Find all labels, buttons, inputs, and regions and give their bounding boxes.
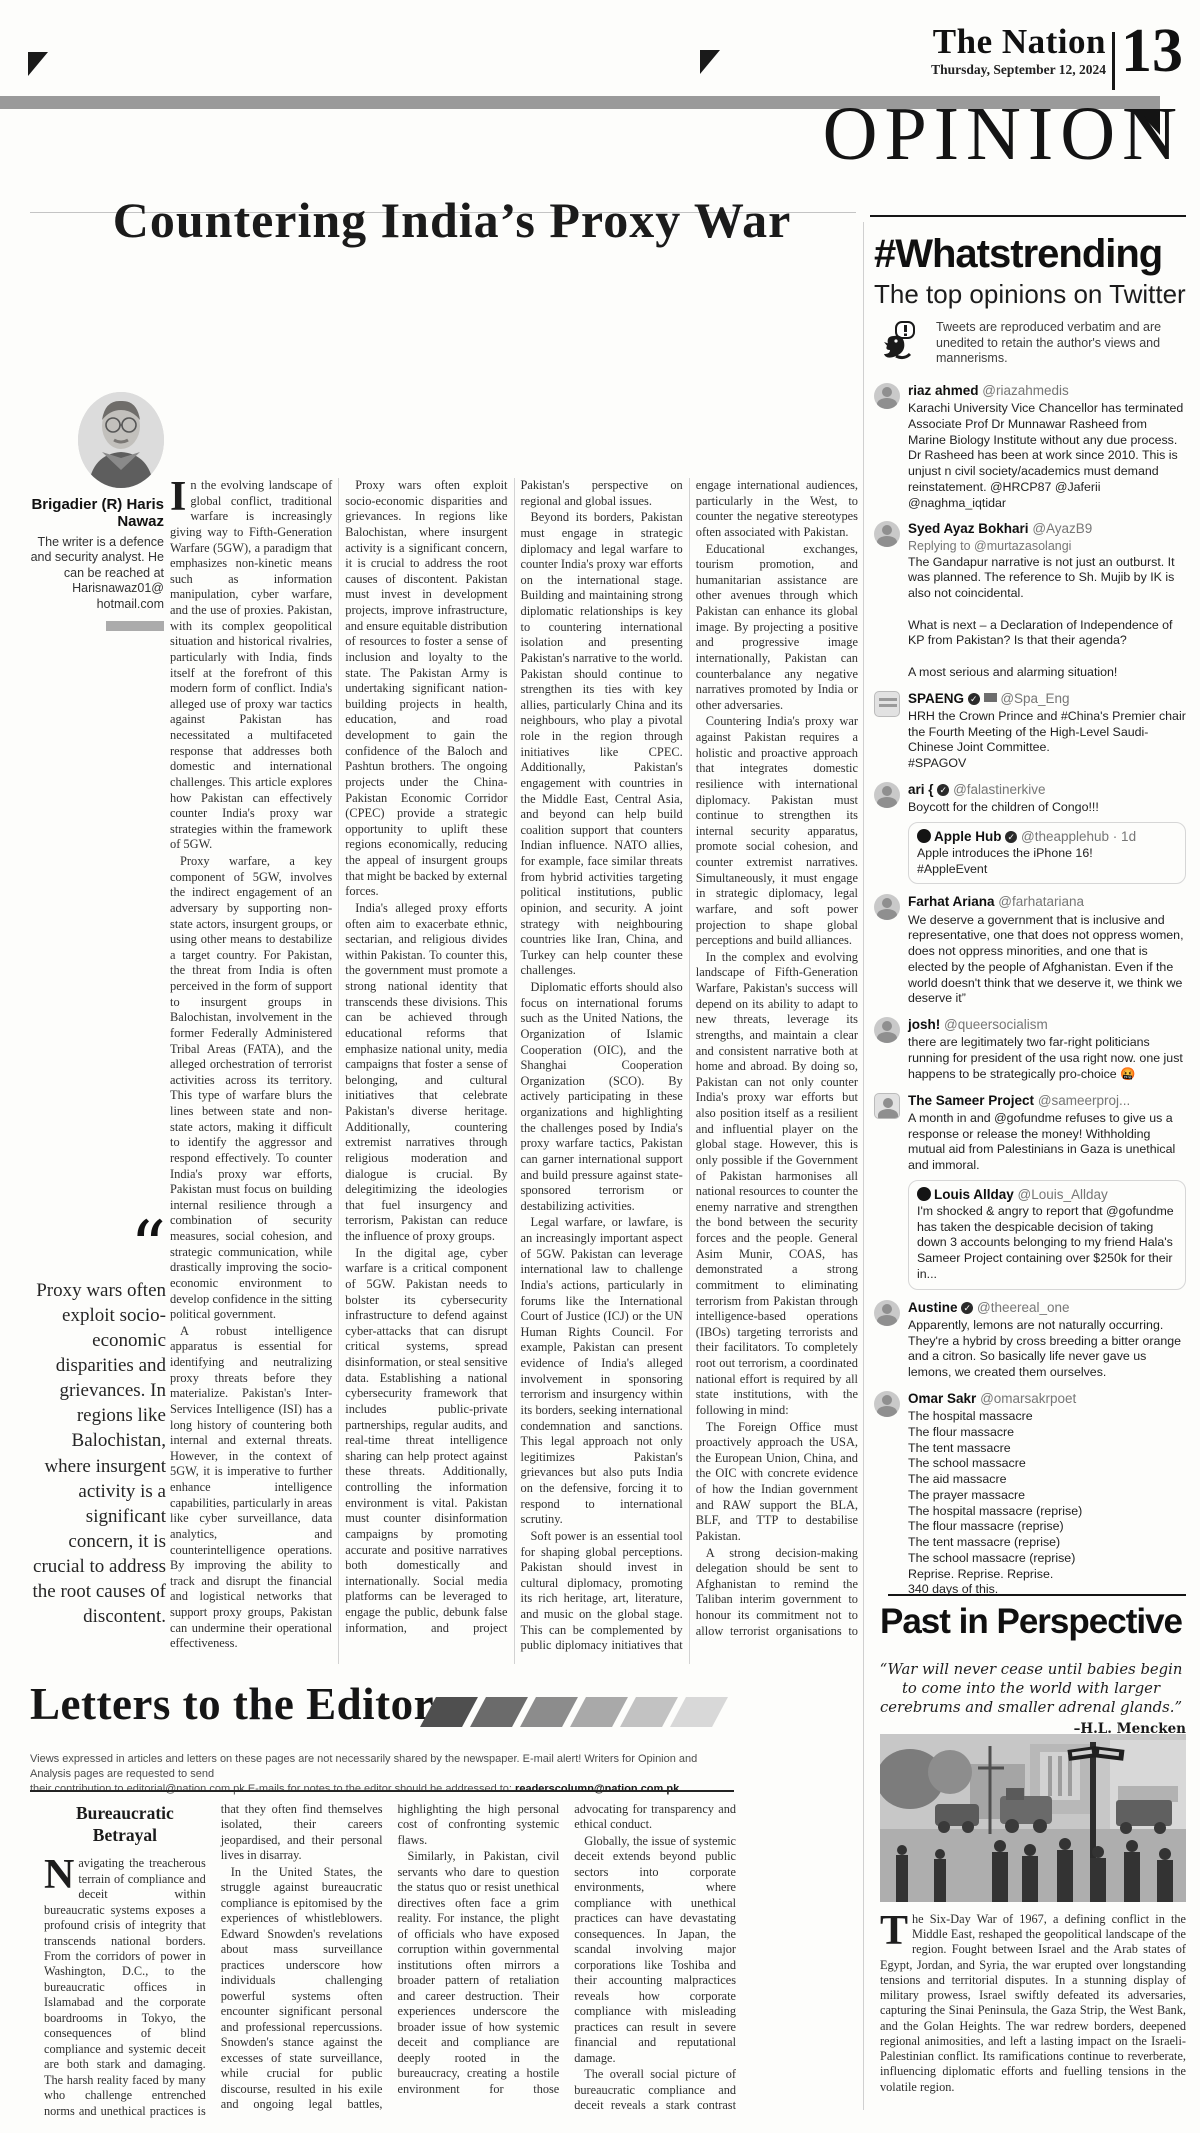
author-portrait-image xyxy=(78,392,164,488)
quote-mark-icon: “ xyxy=(26,1226,166,1268)
verified-icon: ✓ xyxy=(961,1302,973,1314)
newspaper-page: The Nation Thursday, September 12, 2024 … xyxy=(0,0,1200,2133)
tweet-text: We deserve a government that is inclusiv… xyxy=(908,913,1186,1008)
article-paragraph: Beyond its borders, Pakistan must engage… xyxy=(521,510,683,979)
tweet-handle: @Spa_Eng xyxy=(1000,691,1069,706)
past-section-rule xyxy=(888,1594,1186,1596)
tweet-text: HRH the Crown Prince and #China's Premie… xyxy=(908,709,1186,772)
past-photo xyxy=(880,1734,1186,1902)
past-section-title: Past in Perspective xyxy=(880,1602,1186,1642)
avatar xyxy=(874,894,900,920)
article-paragraph: Proxy warfare, a key component of 5GW, i… xyxy=(170,854,332,1323)
tweet-handle: @AyazB9 xyxy=(1032,521,1092,536)
tweet-text: Boycott for the children of Congo!!! xyxy=(908,800,1186,816)
tweet-text: there are legitimately two far-right pol… xyxy=(908,1035,1186,1082)
avatar xyxy=(917,1187,931,1201)
column-top-rule xyxy=(870,215,1186,217)
tweet-handle: @queersocialism xyxy=(944,1017,1048,1032)
article-paragraph: Proxy wars often exploit socio-economic … xyxy=(345,478,507,900)
fold-mark-icon xyxy=(28,52,48,76)
tweet-author: Austine xyxy=(908,1300,958,1315)
drop-cap: T xyxy=(880,1912,912,1948)
tweet-author: SPAENG xyxy=(908,691,964,706)
tweet-text: Karachi University Vice Chancellor has t… xyxy=(908,401,1186,511)
fold-mark-icon xyxy=(700,50,720,74)
tweet-handle: @farhatariana xyxy=(998,894,1084,909)
flag-icon xyxy=(984,693,997,702)
letters-heading: Letters to the Editor xyxy=(30,1682,434,1727)
whatstrending-disclaimer: Tweets are reproduced verbatim and are u… xyxy=(882,320,1186,369)
tweet-handle: @riazahmedis xyxy=(982,383,1068,398)
past-body-text: he Six-Day War of 1967, a defining confl… xyxy=(880,1912,1186,2094)
quoted-tweet: Apple Hub ✓ @theapplehub · 1d Apple intr… xyxy=(908,822,1186,885)
paper-title: The Nation xyxy=(931,24,1106,59)
tweet-handle: @sameerproj... xyxy=(1038,1093,1130,1108)
avatar xyxy=(874,521,900,547)
tweet: Farhat Ariana @farhatariana We deserve a… xyxy=(874,894,1186,1007)
page-number: 13 xyxy=(1121,14,1183,88)
article-paragraph: In the evolving landscape of global conf… xyxy=(170,478,332,853)
author-bio: The writer is a defence and security ana… xyxy=(26,535,164,613)
whatstrending-section: #Whatstrending The top opinions on Twitt… xyxy=(874,224,1186,1594)
pull-quote: “ Proxy wars often exploit socio-economi… xyxy=(26,1226,166,1629)
tweet: riaz ahmed @riazahmedis Karachi Universi… xyxy=(874,383,1186,511)
verified-icon: ✓ xyxy=(1005,831,1017,843)
article-paragraph: Countering India's proxy war against Pak… xyxy=(696,714,858,948)
verified-icon: ✓ xyxy=(937,784,949,796)
tweet-reply-context: Replying to @murtazasolangi xyxy=(908,539,1186,553)
twitter-bird-icon xyxy=(882,320,928,369)
tweet: SPAENG ✓ @Spa_Eng HRH the Crown Prince a… xyxy=(874,691,1186,772)
tweet-handle: @omarsakrpoet xyxy=(980,1391,1076,1406)
article-paragraph: Legal warfare, or lawfare, is an increas… xyxy=(521,1215,683,1528)
avatar xyxy=(917,829,931,843)
article-paragraph: The Foreign Office must proactively appr… xyxy=(696,1420,858,1545)
tweet-author: Omar Sakr xyxy=(908,1391,976,1406)
avatar xyxy=(874,1093,900,1119)
author-name: Brigadier (R) Haris Nawaz xyxy=(26,496,164,531)
tweet: Omar Sakr @omarsakrpoet The hospital mas… xyxy=(874,1391,1186,1594)
tweet-text: The hospital massacre The flour massacre… xyxy=(908,1409,1186,1594)
war-photo-image xyxy=(880,1734,1186,1902)
tweet-author: josh! xyxy=(908,1017,940,1032)
letters-decorative-bars xyxy=(428,1697,720,1727)
author-divider-bar xyxy=(106,621,164,631)
tweet-handle: @theapplehub · 1d xyxy=(1021,829,1136,844)
letter-title: Bureaucratic Betrayal xyxy=(44,1802,206,1846)
whatstrending-title: #Whatstrending xyxy=(874,232,1186,277)
tweet: The Sameer Project @sameerproj... A mont… xyxy=(874,1093,1186,1290)
tweet-handle: @theereal_one xyxy=(977,1300,1070,1315)
article-paragraph: Diplomatic efforts should also focus on … xyxy=(521,980,683,1214)
verified-icon: ✓ xyxy=(968,693,980,705)
past-quote: “War will never cease until babies begin… xyxy=(876,1660,1186,1738)
past-quote-text: “War will never cease until babies begin… xyxy=(880,1661,1183,1716)
article-paragraph: Educational exchanges, tourism promotion… xyxy=(696,542,858,714)
avatar xyxy=(874,691,900,717)
tweet-text: A month in and @gofundme refuses to give… xyxy=(908,1111,1186,1174)
tweet-author: Louis Allday xyxy=(934,1187,1014,1202)
avatar xyxy=(874,1017,900,1043)
drop-cap: I xyxy=(170,478,190,514)
tweet-text: I'm shocked & angry to report that @gofu… xyxy=(917,1204,1177,1283)
disclaimer-text: Tweets are reproduced verbatim and are u… xyxy=(936,320,1166,367)
column-divider-rule xyxy=(863,222,864,2110)
avatar xyxy=(874,383,900,409)
author-block: Brigadier (R) Haris Nawaz The writer is … xyxy=(26,392,164,631)
quoted-tweet: Louis Allday @Louis_Allday I'm shocked &… xyxy=(908,1180,1186,1290)
tweet: ari { ✓ @falastinerkive Boycott for the … xyxy=(874,782,1186,885)
tweet-author: ari { xyxy=(908,782,934,797)
tweet-handle: @Louis_Allday xyxy=(1018,1187,1108,1202)
issue-date: Thursday, September 12, 2024 xyxy=(931,62,1106,78)
tweet: Syed Ayaz Bokhari @AyazB9 Replying to @m… xyxy=(874,521,1186,680)
article-paragraph: A robust intelligence apparatus is essen… xyxy=(170,1324,332,1652)
avatar xyxy=(874,782,900,808)
tweet-author: riaz ahmed xyxy=(908,383,979,398)
letters-disclaimer-line2: their contribution to editorial@nation.c… xyxy=(30,1783,515,1795)
article-paragraph: India's alleged proxy efforts often aim … xyxy=(345,901,507,1245)
tweet-author: Farhat Ariana xyxy=(908,894,995,909)
whatstrending-subtitle: The top opinions on Twitter xyxy=(874,279,1186,310)
drop-cap: N xyxy=(44,1856,78,1892)
article-paragraph: In the complex and evolving landscape of… xyxy=(696,950,858,1419)
author-photo xyxy=(78,392,164,488)
letters-rule xyxy=(30,1790,734,1792)
masthead-divider xyxy=(1112,32,1115,90)
tweet: Austine ✓ @theereal_one Apparently, lemo… xyxy=(874,1300,1186,1381)
tweet-handle: @falastinerkive xyxy=(953,782,1046,797)
avatar xyxy=(874,1300,900,1326)
letters-body: Bureaucratic Betrayal Navigating the tre… xyxy=(44,1802,736,2126)
article-headline: Countering India’s Proxy War xyxy=(44,194,860,247)
section-title: OPINION xyxy=(823,96,1184,172)
tweet-author: Apple Hub xyxy=(934,829,1002,844)
masthead: The Nation Thursday, September 12, 2024 xyxy=(931,24,1106,78)
avatar xyxy=(874,1391,900,1417)
tweet-text: The Gandapur narrative is not just an ou… xyxy=(908,555,1186,681)
past-body: The Six-Day War of 1967, a defining conf… xyxy=(880,1912,1186,2122)
pull-quote-text: Proxy wars often exploit socio-economic … xyxy=(26,1278,166,1629)
letters-disclaimer-line1: Views expressed in articles and letters … xyxy=(30,1753,697,1780)
tweet-text: Apparently, lemons are not naturally occ… xyxy=(908,1318,1186,1381)
tweet-text: Apple introduces the iPhone 16! #AppleEv… xyxy=(917,846,1177,878)
tweet: josh! @queersocialism there are legitima… xyxy=(874,1017,1186,1082)
tweet-author: Syed Ayaz Bokhari xyxy=(908,521,1029,536)
article-body: In the evolving landscape of global conf… xyxy=(170,478,858,1664)
tweet-author: The Sameer Project xyxy=(908,1093,1034,1108)
letter-paragraph: Globally, the issue of systemic deceit e… xyxy=(574,1834,736,2066)
readers-column-email: readerscolumn@nation.com.pk xyxy=(515,1783,679,1795)
